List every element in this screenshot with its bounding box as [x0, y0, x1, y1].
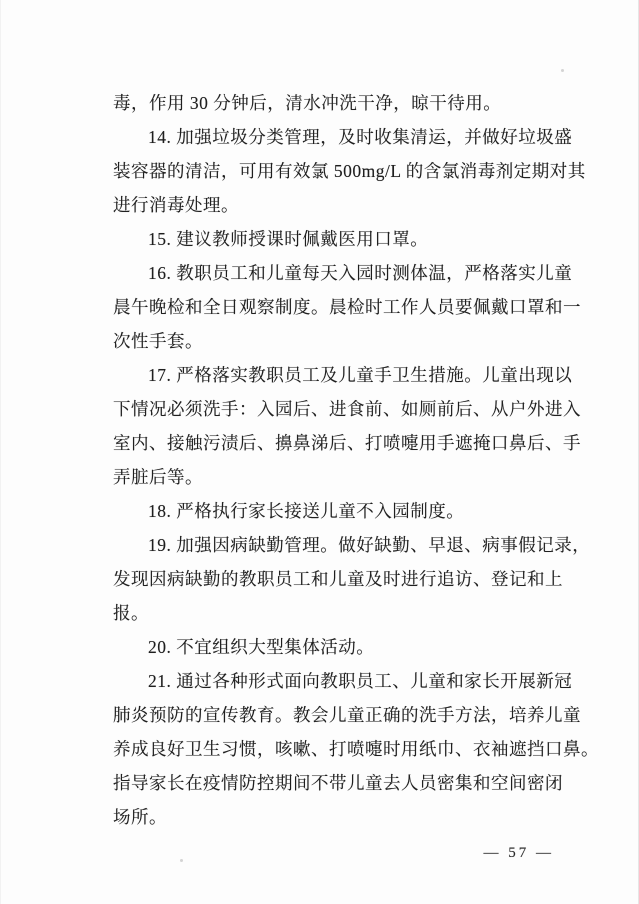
text-line: 室内、接触污渍后、擤鼻涕后、打喷嚏用手遮掩口鼻后、手 [113, 426, 557, 460]
text-line: 16. 教职员工和儿童每天入园时测体温，严格落实儿童 [113, 256, 557, 290]
text-line: 下情况必须洗手：入园后、进食前、如厕前后、从户外进入 [113, 392, 557, 426]
text-line: 15. 建议教师授课时佩戴医用口罩。 [113, 222, 557, 256]
text-line: 晨午晚检和全日观察制度。晨检时工作人员要佩戴口罩和一 [113, 290, 557, 324]
text-line: 报。 [113, 596, 557, 630]
text-line: 17. 严格落实教职员工及儿童手卫生措施。儿童出现以 [113, 358, 557, 392]
text-line: 14. 加强垃圾分类管理，及时收集清运，并做好垃圾盛 [113, 120, 557, 154]
text-line: 次性手套。 [113, 324, 557, 358]
text-line: 养成良好卫生习惯，咳嗽、打喷嚏时用纸巾、衣袖遮挡口鼻。 [113, 732, 557, 766]
text-line: 进行消毒处理。 [113, 188, 557, 222]
text-line: 18. 严格执行家长接送儿童不入园制度。 [113, 494, 557, 528]
body-text: 毒，作用 30 分钟后，清水冲洗干净，晾干待用。14. 加强垃圾分类管理，及时收… [113, 86, 557, 834]
text-line: 21. 通过各种形式面向教职员工、儿童和家长开展新冠 [113, 664, 557, 698]
text-line: 肺炎预防的宣传教育。教会儿童正确的洗手方法，培养儿童 [113, 698, 557, 732]
scan-speck [180, 859, 183, 862]
text-line: 场所。 [113, 800, 557, 834]
text-line: 20. 不宜组织大型集体活动。 [113, 630, 557, 664]
text-line: 指导家长在疫情防控期间不带儿童去人员密集和空间密闭 [113, 766, 557, 800]
page-number: — 57 — [484, 845, 555, 862]
text-line: 装容器的清洁，可用有效氯 500mg/L 的含氯消毒剂定期对其 [113, 154, 557, 188]
text-line: 19. 加强因病缺勤管理。做好缺勤、早退、病事假记录， [113, 528, 557, 562]
document-page: 毒，作用 30 分钟后，清水冲洗干净，晾干待用。14. 加强垃圾分类管理，及时收… [0, 0, 639, 904]
scan-speck [561, 69, 564, 72]
text-line: 毒，作用 30 分钟后，清水冲洗干净，晾干待用。 [113, 86, 557, 120]
text-line: 发现因病缺勤的教职员工和儿童及时进行追访、登记和上 [113, 562, 557, 596]
text-line: 弄脏后等。 [113, 460, 557, 494]
